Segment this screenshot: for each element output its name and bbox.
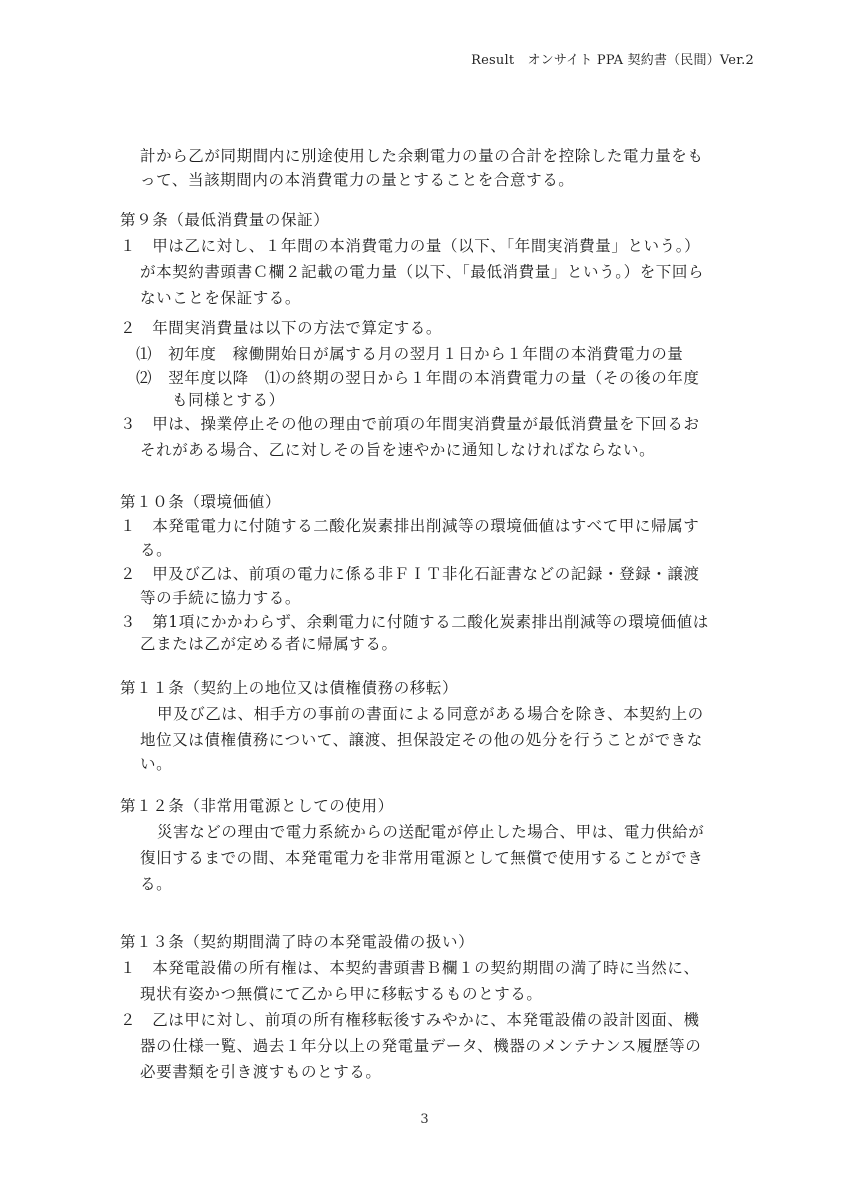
clause-text: る。 — [140, 540, 172, 560]
body-text: 計から乙が同期間内に別途使用した余剰電力の量の合計を控除した電力量をも — [140, 146, 704, 166]
page-header: Result オンサイト PPA 契約書（民間）Ver.2 — [471, 49, 754, 68]
clause-text: それがある場合、乙に対しその旨を速やかに通知しなければならない。 — [140, 440, 655, 460]
clause-text: ないことを保証する。 — [140, 288, 301, 308]
clause-text: ２ 甲及び乙は、前項の電力に係る非ＦＩＴ非化石証書などの記録・登録・譲渡 — [120, 564, 700, 584]
clause-text: 復旧するまでの間、本発電電力を非常用電源として無償で使用することができ — [140, 848, 704, 868]
page-number: 3 — [0, 1112, 849, 1127]
sub-clause-text: ⑴ 初年度 稼働開始日が属する月の翌月１日から１年間の本消費電力の量 — [136, 344, 683, 364]
clause-text: 等の手続に協力する。 — [140, 588, 301, 608]
clause-text: ３ 第1項にかかわらず、余剰電力に付随する二酸化炭素排出削減等の環境価値は — [120, 612, 709, 632]
clause-text: い。 — [140, 754, 172, 774]
sub-clause-text: ⑵ 翌年度以降 ⑴の終期の翌日から１年間の本消費電力の量（その後の年度 — [136, 368, 700, 388]
clause-text: 甲及び乙は、相手方の事前の書面による同意がある場合を除き、本契約上の — [157, 704, 704, 724]
clause-text: 器の仕様一覧、過去１年分以上の発電量データ、機器のメンテナンス履歴等の — [140, 1036, 701, 1056]
clause-text: る。 — [140, 874, 172, 894]
article-title: 第１０条（環境価値） — [120, 492, 281, 512]
article-title: 第１２条（非常用電源としての使用） — [120, 796, 394, 816]
clause-text: が本契約書頭書Ｃ欄２記載の電力量（以下、「最低消費量」という。）を下回ら — [140, 262, 704, 282]
clause-text: ２ 乙は甲に対し、前項の所有権移転後すみやかに、本発電設備の設計図面、機 — [120, 1010, 700, 1030]
article-title: 第１１条（契約上の地位又は債権債務の移転） — [120, 678, 458, 698]
sub-clause-text: も同様とする） — [172, 390, 285, 410]
article-title: 第１３条（契約期間満了時の本発電設備の扱い） — [120, 932, 474, 952]
clause-text: 地位又は債権債務について、譲渡、担保設定その他の処分を行うことができな — [140, 730, 703, 750]
clause-text: １ 本発電電力に付随する二酸化炭素排出削減等の環境価値はすべて甲に帰属す — [120, 516, 699, 536]
body-text: って、当該期間内の本消費電力の量とすることを合意する。 — [140, 170, 574, 190]
clause-text: 乙または乙が定める者に帰属する。 — [140, 634, 398, 654]
clause-text: 現状有姿かつ無償にて乙から甲に移転するものとする。 — [140, 984, 543, 1004]
clause-text: １ 甲は乙に対し、１年間の本消費電力の量（以下、「年間実消費量」という。） — [120, 236, 700, 256]
clause-text: ３ 甲は、操業停止その他の理由で前項の年間実消費量が最低消費量を下回るお — [120, 414, 700, 434]
clause-text: ２ 年間実消費量は以下の方法で算定する。 — [120, 318, 442, 338]
clause-text: １ 本発電設備の所有権は、本契約書頭書Ｂ欄１の契約期間の満了時に当然に、 — [120, 958, 700, 978]
article-title: 第９条（最低消費量の保証） — [120, 210, 329, 230]
clause-text: 災害などの理由で電力系統からの送配電が停止した場合、甲は、電力供給が — [157, 822, 704, 842]
clause-text: 必要書類を引き渡すものとする。 — [140, 1062, 382, 1082]
document-page: Result オンサイト PPA 契約書（民間）Ver.2 計から乙が同期間内に… — [0, 0, 849, 1200]
